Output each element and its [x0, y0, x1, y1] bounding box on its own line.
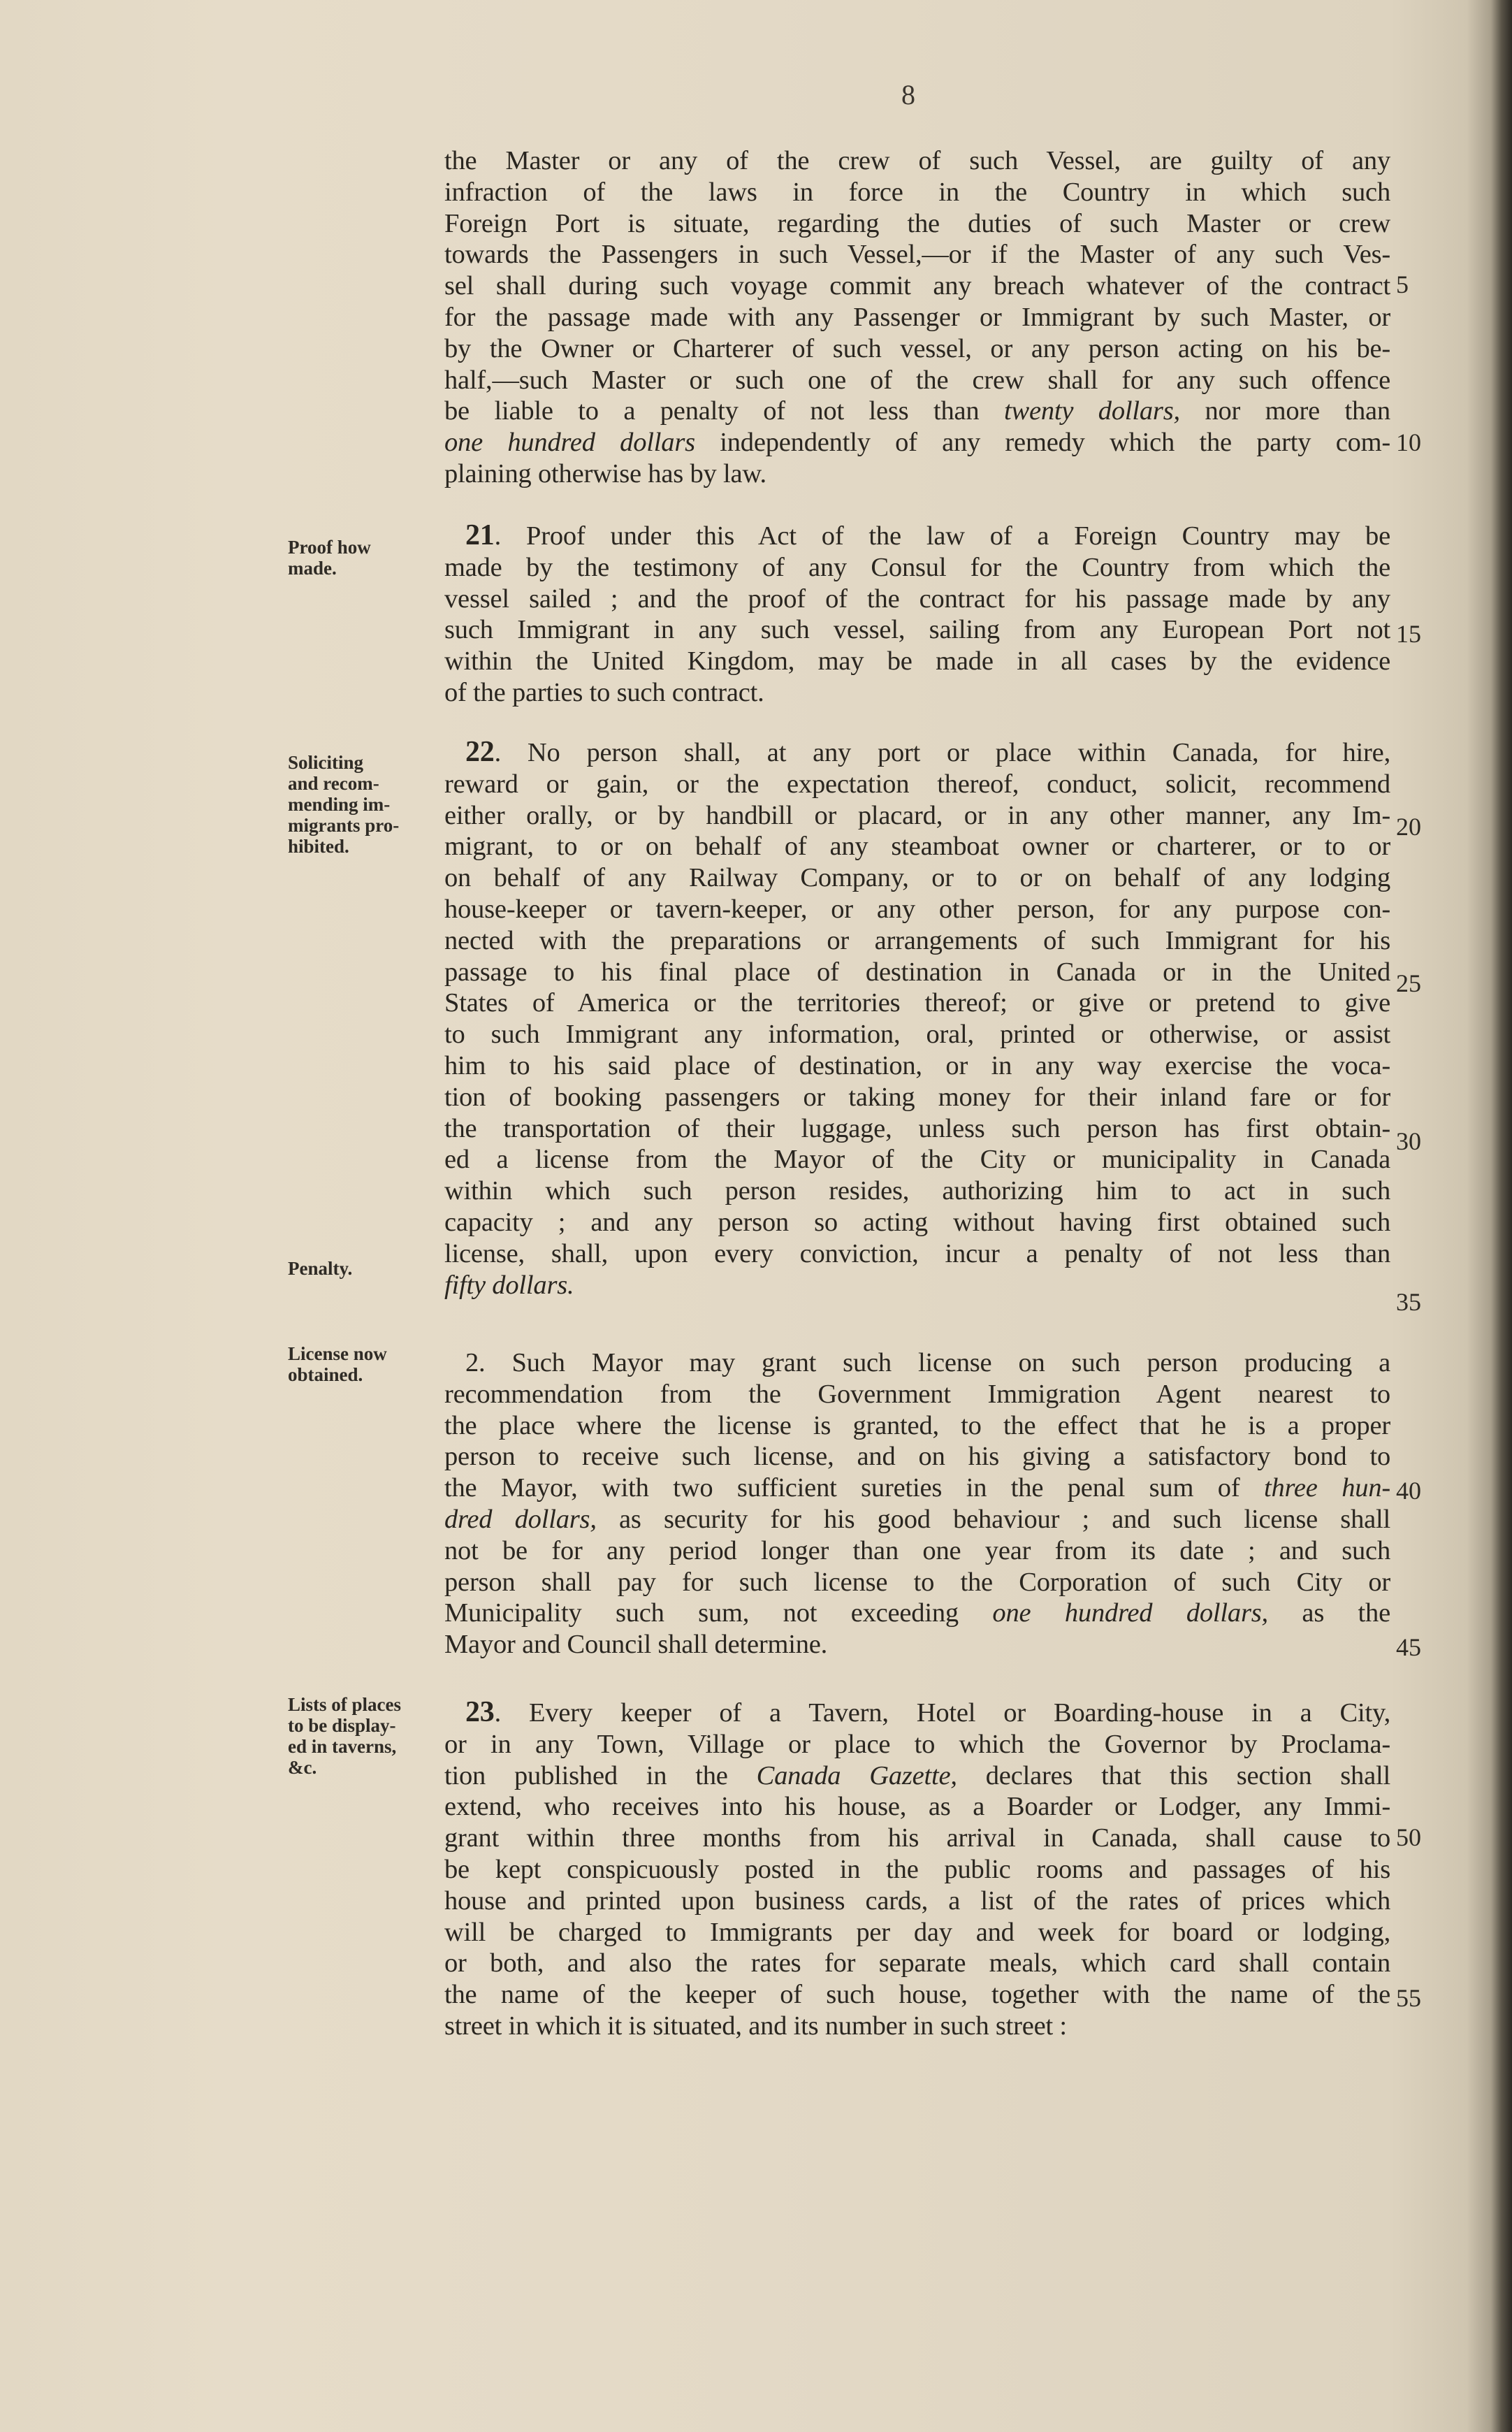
text-line: extend, who receives into his house, as … — [444, 1791, 1390, 1823]
margin-note-license: License now obtained. — [288, 1343, 428, 1385]
margin-note-soliciting: Soliciting and recom- mending im- migran… — [288, 752, 428, 857]
text-line: 22. No person shall, at any port or plac… — [444, 737, 1390, 769]
text-line: within which such person resides, author… — [444, 1175, 1390, 1207]
text-line: license, shall, upon every conviction, i… — [444, 1238, 1390, 1270]
text-line: the place where the license is granted, … — [444, 1410, 1390, 1442]
line-number: 20 — [1396, 812, 1421, 841]
text-line: passage to his final place of destinatio… — [444, 957, 1390, 988]
text-line: sel shall during such voyage commit any … — [444, 270, 1390, 302]
continuation-paragraph: the Master or any of the crew of such Ve… — [444, 145, 1390, 490]
margin-note-proof: Proof how made. — [288, 537, 428, 579]
text-line: be liable to a penalty of not less than … — [444, 396, 1390, 427]
text-line: the transportation of their luggage, unl… — [444, 1113, 1390, 1145]
section-22: 22. No person shall, at any port or plac… — [444, 737, 1390, 1301]
text-line: the Mayor, with two sufficient sureties … — [444, 1472, 1390, 1504]
text-line: house and printed upon business cards, a… — [444, 1885, 1390, 1917]
text-line: not be for any period longer than one ye… — [444, 1535, 1390, 1567]
text-line: or both, and also the rates for separate… — [444, 1948, 1390, 1979]
text-line: of the parties to such contract. — [444, 677, 1390, 709]
text-line: one hundred dollars independently of any… — [444, 427, 1390, 458]
line-number: 30 — [1396, 1127, 1421, 1156]
text-line: dred dollars, as security for his good b… — [444, 1504, 1390, 1535]
text-line: migrant, to or on behalf of any steamboa… — [444, 831, 1390, 862]
text-line: within the United Kingdom, may be made i… — [444, 646, 1390, 677]
section-number: 22 — [465, 736, 495, 768]
text-line: 23. Every keeper of a Tavern, Hotel or B… — [444, 1697, 1390, 1729]
text-line: will be charged to Immigrants per day an… — [444, 1917, 1390, 1948]
page-number: 8 — [901, 78, 915, 111]
text-line: tion published in the Canada Gazette, de… — [444, 1760, 1390, 1792]
text-line: on behalf of any Railway Company, or to … — [444, 862, 1390, 894]
line-number: 55 — [1396, 1983, 1421, 2013]
text-line: Municipality such sum, not exceeding one… — [444, 1598, 1390, 1629]
line-number: 5 — [1396, 270, 1409, 299]
line-number: 35 — [1396, 1287, 1421, 1317]
subsection-number: 2. — [465, 1348, 485, 1377]
text-line: nected with the preparations or arrangem… — [444, 925, 1390, 957]
line-number: 25 — [1396, 969, 1421, 998]
margin-note-lists: Lists of places to be display- ed in tav… — [288, 1694, 428, 1778]
text-line: recommendation from the Government Immig… — [444, 1379, 1390, 1410]
line-number: 10 — [1396, 428, 1421, 457]
section-number: 21 — [465, 519, 495, 551]
text-line: either orally, or by handbill or placard… — [444, 800, 1390, 832]
text-line: vessel sailed ; and the proof of the con… — [444, 584, 1390, 615]
text-line: Foreign Port is situate, regarding the d… — [444, 208, 1390, 240]
text-line: towards the Passengers in such Vessel,—o… — [444, 239, 1390, 270]
text-line: to such Immigrant any information, oral,… — [444, 1019, 1390, 1050]
text-line: Mayor and Council shall determine. — [444, 1629, 1390, 1660]
margin-note-penalty: Penalty. — [288, 1258, 428, 1279]
text-line: half,—such Master or such one of the cre… — [444, 365, 1390, 396]
text-line: or in any Town, Village or place to whic… — [444, 1729, 1390, 1760]
text-line: him to his said place of destination, or… — [444, 1050, 1390, 1082]
line-number: 50 — [1396, 1823, 1421, 1852]
text-line: person to receive such license, and on h… — [444, 1441, 1390, 1472]
text-line: the name of the keeper of such house, to… — [444, 1979, 1390, 2011]
text-line: 2. Such Mayor may grant such license on … — [444, 1347, 1390, 1379]
section-23: 23. Every keeper of a Tavern, Hotel or B… — [444, 1697, 1390, 2042]
text-line: capacity ; and any person so acting with… — [444, 1207, 1390, 1238]
text-line: fifty dollars. — [444, 1270, 1390, 1301]
text-line: the Master or any of the crew of such Ve… — [444, 145, 1390, 177]
section-number: 23 — [465, 1696, 495, 1728]
text-line: infraction of the laws in force in the C… — [444, 177, 1390, 208]
text-line: grant within three months from his arriv… — [444, 1823, 1390, 1854]
text-line: person shall pay for such license to the… — [444, 1567, 1390, 1598]
line-number: 15 — [1396, 619, 1421, 649]
text-line: plaining otherwise has by law. — [444, 458, 1390, 490]
text-line: tion of booking passengers or taking mon… — [444, 1082, 1390, 1113]
section-21: 21. Proof under this Act of the law of a… — [444, 520, 1390, 709]
section-22-subsection-2: 2. Such Mayor may grant such license on … — [444, 1347, 1390, 1660]
text-line: for the passage made with any Passenger … — [444, 302, 1390, 333]
text-line: reward or gain, or the expectation there… — [444, 769, 1390, 800]
text-line: 21. Proof under this Act of the law of a… — [444, 520, 1390, 552]
line-number: 40 — [1396, 1476, 1421, 1505]
text-line: ed a license from the Mayor of the City … — [444, 1144, 1390, 1175]
text-line: States of America or the territories the… — [444, 987, 1390, 1019]
text-line: such Immigrant in any such vessel, saili… — [444, 614, 1390, 646]
line-number: 45 — [1396, 1633, 1421, 1662]
text-line: made by the testimony of any Consul for … — [444, 552, 1390, 584]
text-line: by the Owner or Charterer of such vessel… — [444, 333, 1390, 365]
text-line: street in which it is situated, and its … — [444, 2011, 1390, 2042]
text-line: be kept conspicuously posted in the publ… — [444, 1854, 1390, 1885]
text-line: house-keeper or tavern-keeper, or any ot… — [444, 894, 1390, 925]
